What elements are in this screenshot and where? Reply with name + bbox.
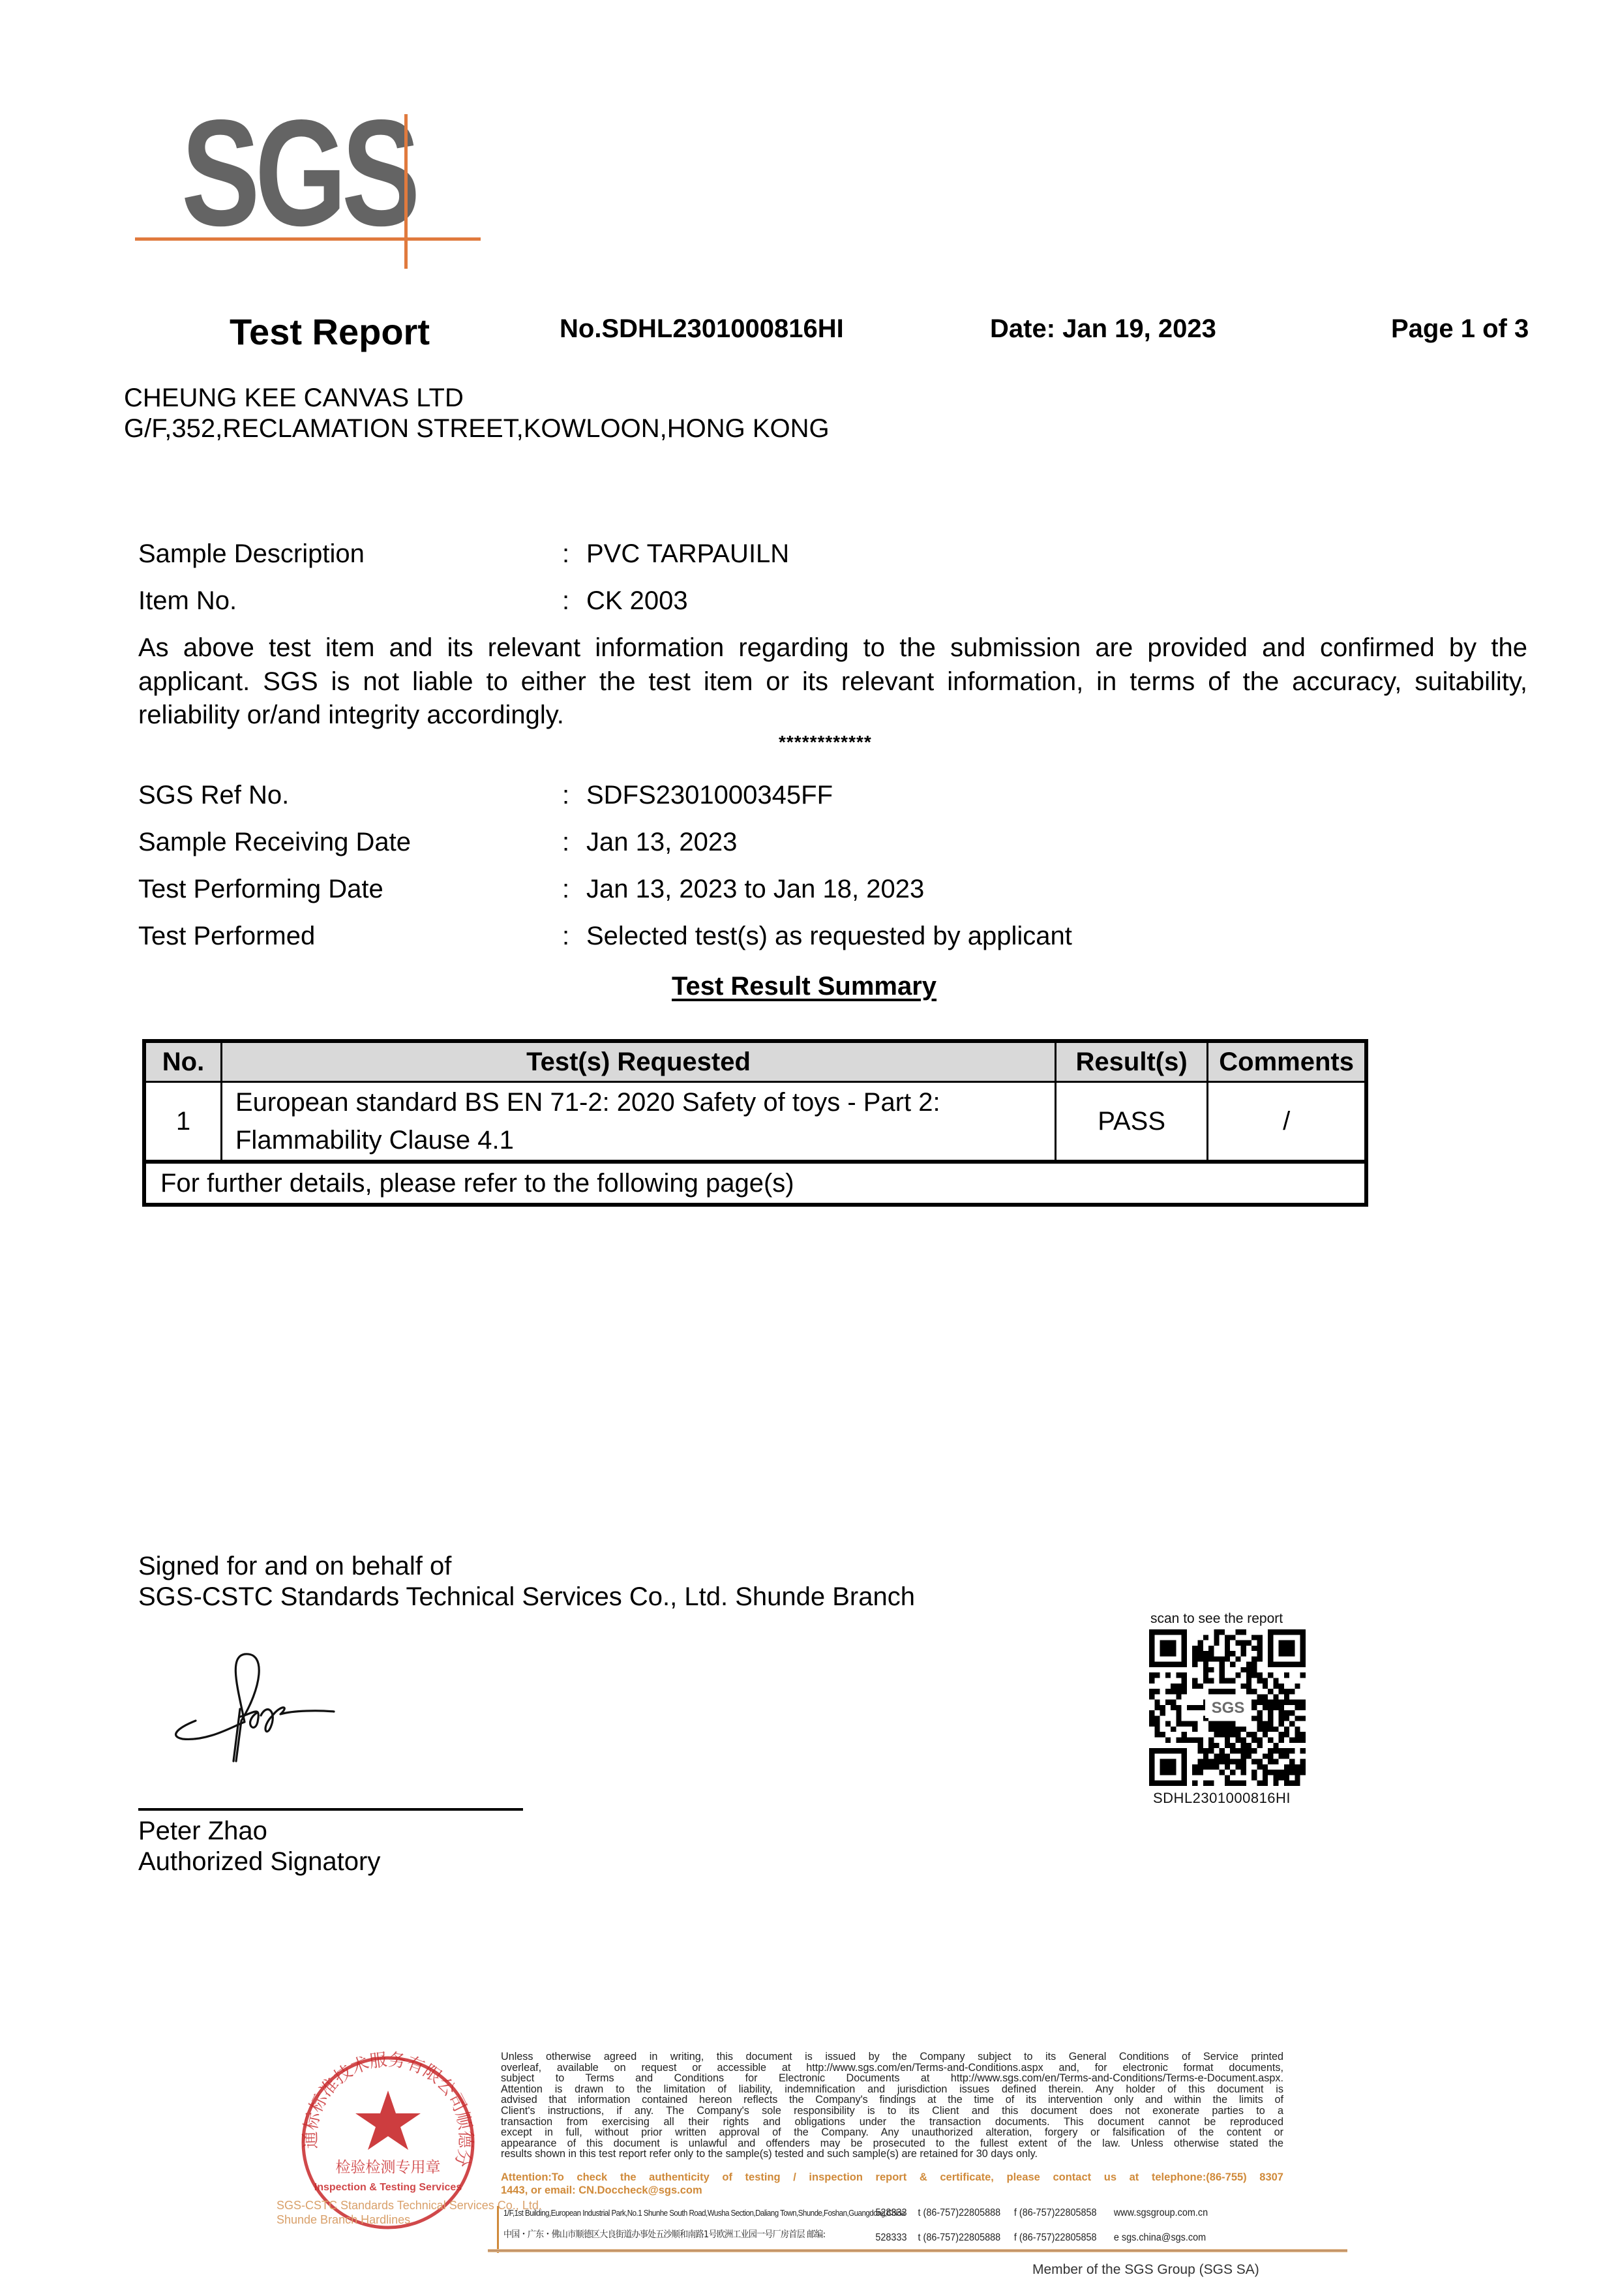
disclaimer-line: As above test item and its relevant info… — [138, 631, 1527, 665]
signing-company: SGS-CSTC Standards Technical Services Co… — [138, 1584, 915, 1610]
signed-on-behalf: Signed for and on behalf of — [138, 1553, 451, 1579]
column-header-result: Result(s) — [1056, 1041, 1208, 1082]
email-link[interactable]: e sgs.china@sgs.com — [1114, 2232, 1206, 2243]
cell-result: PASS — [1056, 1082, 1208, 1162]
terms-line: results shown in this test report refer … — [501, 2149, 1283, 2160]
postcode-cn: 528333 — [875, 2232, 906, 2243]
terms-line: advised that information contained hereo… — [501, 2094, 1283, 2106]
field-colon: : — [562, 876, 569, 902]
field-value-sgs-ref: SDFS2301000345FF — [586, 782, 833, 808]
telephone-cn: t (86-757)22805888 — [918, 2232, 1001, 2243]
column-header-comments: Comments — [1208, 1041, 1366, 1082]
attention-line: Attention:To check the authenticity of t… — [501, 2171, 1283, 2184]
field-colon: : — [562, 588, 569, 614]
footer-rule — [488, 2249, 1347, 2252]
signatory-name: Peter Zhao — [138, 1818, 267, 1844]
field-colon: : — [562, 829, 569, 855]
stamp-company-name: SGS-CSTC Standards Technical Services Co… — [277, 2198, 542, 2227]
website-link[interactable]: www.sgsgroup.com.cn — [1114, 2207, 1208, 2218]
column-header-test: Test(s) Requested — [222, 1041, 1056, 1082]
cell-comments: / — [1208, 1082, 1366, 1162]
separator-asterisks: ************ — [779, 732, 872, 753]
table-row: 1 European standard BS EN 71-2: 2020 Saf… — [144, 1082, 1366, 1162]
terms-line: Attention is drawn to the limitation of … — [501, 2084, 1283, 2095]
document-title: Test Report — [230, 310, 430, 353]
disclaimer-line: applicant. SGS is not liable to either t… — [138, 665, 1527, 699]
field-label-test-performed: Test Performed — [138, 923, 315, 949]
field-label-sgs-ref: SGS Ref No. — [138, 782, 289, 808]
field-value-test-performed: Selected test(s) as requested by applica… — [586, 923, 1072, 949]
field-label-performing-date: Test Performing Date — [138, 876, 383, 902]
field-colon: : — [562, 541, 569, 567]
address-en: 1/F,1st Building,European Industrial Par… — [503, 2209, 864, 2218]
terms-line: transaction from exercising all their ri… — [501, 2117, 1283, 2128]
field-value-sample-description: PVC TARPAUILN — [586, 541, 789, 567]
sgs-logo: SGS — [130, 98, 496, 280]
signature-line — [138, 1808, 523, 1811]
report-date: Date: Jan 19, 2023 — [990, 314, 1216, 344]
terms-line: Client's instructions, if any. The Compa… — [501, 2106, 1283, 2117]
postcode-en: 528333 — [875, 2207, 906, 2218]
qr-center-logo: SGS — [1205, 1699, 1251, 1718]
field-value-receiving-date: Jan 13, 2023 — [586, 829, 737, 855]
terms-line: Unless otherwise agreed in writing, this… — [501, 2051, 1283, 2062]
member-of-sgs-group: Member of the SGS Group (SGS SA) — [1032, 2262, 1259, 2278]
further-details-note: For further details, please refer to the… — [144, 1162, 1366, 1205]
fax-cn: f (86-757)22805858 — [1014, 2232, 1097, 2243]
terms-line: except in full, without prior written ap… — [501, 2127, 1283, 2138]
svg-text:检验检测专用章: 检验检测专用章 — [336, 2159, 441, 2176]
attention-line: 1443, or email: CN.Doccheck@sgs.com — [501, 2184, 1283, 2197]
field-label-item-no: Item No. — [138, 588, 237, 614]
summary-heading: Test Result Summary — [672, 972, 936, 1001]
field-value-performing-date: Jan 13, 2023 to Jan 18, 2023 — [586, 876, 924, 902]
applicant-name: CHEUNG KEE CANVAS LTD — [124, 385, 464, 411]
address-accent-bar — [497, 2206, 499, 2253]
authenticity-notice: Attention:To check the authenticity of t… — [501, 2171, 1283, 2197]
field-value-item-no: CK 2003 — [586, 588, 688, 614]
test-line: Flammability Clause 4.1 — [235, 1121, 1044, 1159]
qr-caption: scan to see the report — [1150, 1611, 1283, 1627]
table-footer-row: For further details, please refer to the… — [144, 1162, 1366, 1205]
qr-report-id: SDHL2301000816HI — [1153, 1790, 1291, 1807]
telephone-en: t (86-757)22805888 — [918, 2207, 1001, 2218]
results-table: No. Test(s) Requested Result(s) Comments… — [142, 1039, 1368, 1207]
applicant-address: G/F,352,RECLAMATION STREET,KOWLOON,HONG … — [124, 415, 830, 442]
terms-and-conditions: Unless otherwise agreed in writing, this… — [501, 2051, 1283, 2160]
column-header-no: No. — [144, 1041, 222, 1082]
address-cn: 中国・广东・佛山市顺德区大良街道办事处五沙顺和南路1号欧洲工业园一号厂房首层 邮… — [503, 2228, 864, 2241]
logo-vertical-rule — [404, 114, 408, 269]
field-label-sample-description: Sample Description — [138, 541, 365, 567]
signatory-role: Authorized Signatory — [138, 1849, 380, 1875]
field-label-receiving-date: Sample Receiving Date — [138, 829, 411, 855]
fax-en: f (86-757)22805858 — [1014, 2207, 1097, 2218]
field-colon: : — [562, 923, 569, 949]
sgs-logo-text: SGS — [181, 98, 415, 249]
test-line: European standard BS EN 71-2: 2020 Safet… — [235, 1083, 1044, 1121]
address-cn-row: 中国・广东・佛山市顺德区大良街道办事处五沙顺和南路1号欧洲工业园一号厂房首层 邮… — [503, 2228, 1206, 2244]
cell-test: European standard BS EN 71-2: 2020 Safet… — [222, 1082, 1056, 1162]
report-number: No.SDHL2301000816HI — [560, 314, 844, 344]
handwritten-signature — [163, 1650, 411, 1768]
stamp-company-line: Shunde Branch Hardlines — [277, 2213, 542, 2227]
terms-line: subject to Terms and Conditions for Elec… — [501, 2073, 1283, 2084]
table-header-row: No. Test(s) Requested Result(s) Comments — [144, 1041, 1366, 1082]
terms-line: appearance of this document is unlawful … — [501, 2138, 1283, 2149]
disclaimer-line: reliability or/and integrity accordingly… — [138, 699, 1527, 733]
cell-no: 1 — [144, 1082, 222, 1162]
page-indicator: Page 1 of 3 — [1391, 314, 1529, 344]
disclaimer-paragraph: As above test item and its relevant info… — [138, 631, 1527, 733]
stamp-company-line: SGS-CSTC Standards Technical Services Co… — [277, 2198, 542, 2213]
terms-line: overleaf, available on request or access… — [501, 2062, 1283, 2074]
logo-horizontal-rule — [135, 237, 481, 241]
address-en-row: 1/F,1st Building,European Industrial Par… — [503, 2207, 1208, 2219]
field-colon: : — [562, 782, 569, 808]
svg-text:Inspection & Testing Services: Inspection & Testing Services — [314, 2182, 462, 2193]
